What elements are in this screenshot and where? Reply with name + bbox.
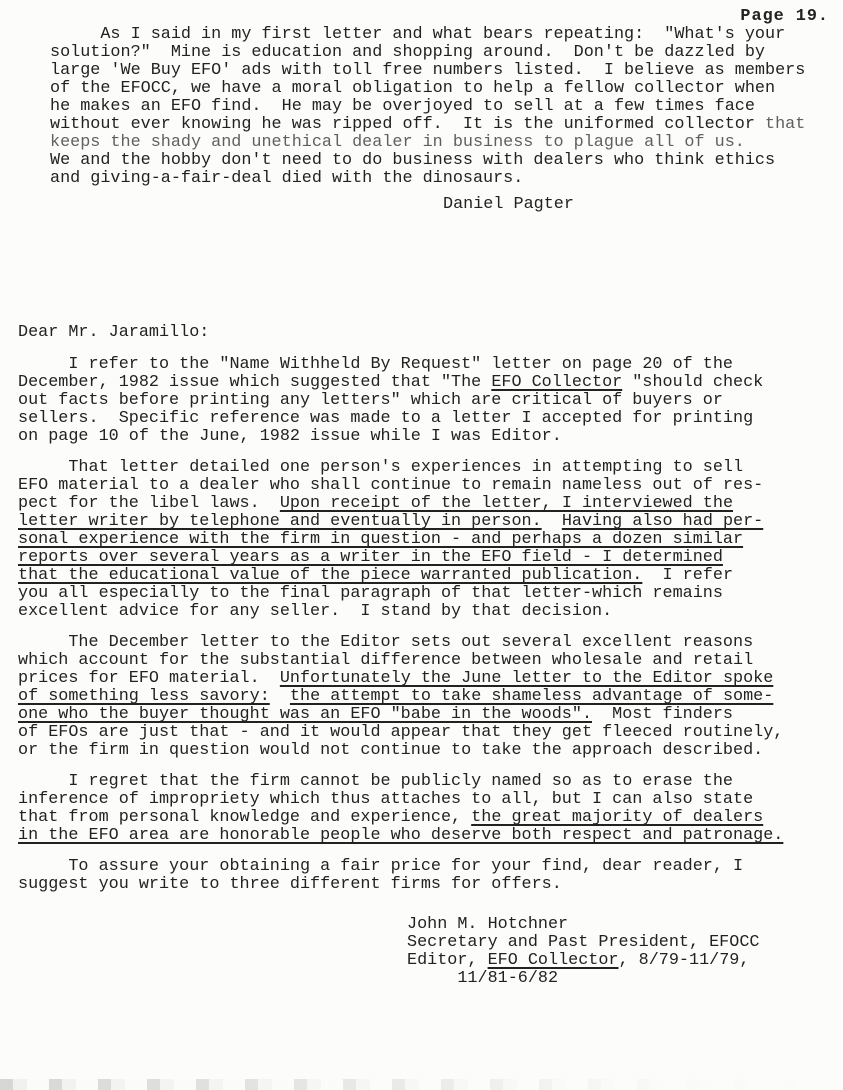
document-line: I refer to the "Name Withheld By Request… (18, 356, 837, 374)
underlined-text-segment: of something less savory: (18, 687, 270, 706)
document-line: which account for the substantial differ… (18, 652, 837, 670)
document-line: December, 1982 issue which suggested tha… (18, 374, 837, 392)
document-line: solution?" Mine is education and shoppin… (50, 44, 837, 62)
document-line: We and the hobby don't need to do busine… (50, 152, 837, 170)
underlined-text-segment: EFO Collector (491, 373, 622, 392)
underlined-text-segment: in the EFO area are honorable people who… (18, 826, 783, 845)
text-segment: or the firm in question would not contin… (18, 741, 763, 760)
document-line: Secretary and Past President, EFOCC (407, 934, 837, 952)
document-line: keeps the shady and unethical dealer in … (50, 134, 837, 152)
text-segment: To assure your obtaining a fair price fo… (18, 857, 743, 876)
text-segment: As I said in my first letter and what be… (50, 25, 785, 44)
document-line: sellers. Specific reference was made to … (18, 410, 837, 428)
text-segment: That letter detailed one person's experi… (18, 458, 743, 477)
text-segment: December, 1982 issue which suggested tha… (18, 373, 491, 392)
text-segment: inference of impropriety which thus atta… (18, 790, 753, 809)
document-line: reports over several years as a writer i… (18, 549, 837, 567)
hotchner-paragraph-4: I regret that the firm cannot be publicl… (18, 773, 837, 845)
document-line: sonal experience with the firm in questi… (18, 531, 837, 549)
document-line: without ever knowing he was ripped off. … (50, 116, 837, 134)
document-line: of EFOs are just that - and it would app… (18, 724, 837, 742)
document-line: That letter detailed one person's experi… (18, 459, 837, 477)
text-segment: We and the hobby don't need to do busine… (50, 151, 775, 170)
scan-smudge-strip (0, 1079, 843, 1090)
text-segment: that from personal knowledge and experie… (18, 808, 471, 827)
text-segment: out facts before printing any letters" w… (18, 391, 723, 410)
document-line: suggest you write to three different fir… (18, 876, 837, 894)
underlined-text-segment: Having also had per- (562, 512, 763, 531)
text-segment: he makes an EFO find. He may be overjoye… (50, 97, 755, 116)
underlined-text-segment: letter writer by telephone and eventuall… (18, 512, 542, 531)
underlined-text-segment: EFO Collector (488, 951, 619, 970)
underlined-text-segment: reports over several years as a writer i… (18, 548, 723, 567)
document-line: letter writer by telephone and eventuall… (18, 513, 837, 531)
document-line: or the firm in question would not contin… (18, 742, 837, 760)
text-segment: of EFOs are just that - and it would app… (18, 723, 783, 742)
salutation: Dear Mr. Jaramillo: (18, 324, 837, 342)
underlined-text-segment: one who the buyer thought was an EFO "ba… (18, 705, 592, 724)
underlined-text-segment: the great majority of dealers (471, 808, 763, 827)
document-line: To assure your obtaining a fair price fo… (18, 858, 837, 876)
text-segment: and giving-a-fair-deal died with the din… (50, 169, 523, 188)
text-segment: on page 10 of the June, 1982 issue while… (18, 427, 562, 446)
text-segment: 11/81-6/82 (407, 969, 558, 988)
document-line: excellent advice for any seller. I stand… (18, 603, 837, 621)
text-segment: I refer to the "Name Withheld By Request… (18, 355, 733, 374)
document-line: inference of impropriety which thus atta… (18, 791, 837, 809)
document-line: 11/81-6/82 (407, 970, 837, 988)
document-line: on page 10 of the June, 1982 issue while… (18, 428, 837, 446)
text-segment: EFO material to a dealer who shall conti… (18, 476, 763, 495)
text-segment: Most finders (592, 705, 733, 724)
text-segment: without ever knowing he was ripped off. … (50, 115, 765, 134)
underlined-text-segment: Unfortunately the June letter to the Edi… (280, 669, 773, 688)
underlined-text-segment: sonal experience with the firm in questi… (18, 530, 743, 549)
hotchner-paragraph-2: That letter detailed one person's experi… (18, 459, 837, 621)
document-line: one who the buyer thought was an EFO "ba… (18, 706, 837, 724)
page-number: Page 19. (0, 0, 843, 26)
text-segment: solution?" Mine is education and shoppin… (50, 43, 765, 62)
text-segment: of the EFOCC, we have a moral obligation… (50, 79, 775, 98)
pagter-letter-body: As I said in my first letter and what be… (50, 26, 837, 188)
text-segment: Secretary and Past President, EFOCC (407, 933, 759, 952)
text-segment: Editor, (407, 951, 488, 970)
document-line: John M. Hotchner (407, 916, 837, 934)
text-segment: which account for the substantial differ… (18, 651, 753, 670)
text-segment (270, 687, 290, 706)
text-segment: large 'We Buy EFO' ads with toll free nu… (50, 61, 805, 80)
document-line: large 'We Buy EFO' ads with toll free nu… (50, 62, 837, 80)
text-segment: I regret that the firm cannot be publicl… (18, 772, 733, 791)
scanned-document-page: { "page": { "number_label": "Page 19." }… (0, 0, 843, 1090)
text-segment: I refer (642, 566, 733, 585)
text-segment: , 8/79-11/79, (619, 951, 750, 970)
text-segment: John M. Hotchner (407, 915, 568, 934)
document-line: in the EFO area are honorable people who… (18, 827, 837, 845)
underlined-text-segment: the attempt to take shameless advantage … (290, 687, 773, 706)
document-line: of something less savory: the attempt to… (18, 688, 837, 706)
document-line: EFO material to a dealer who shall conti… (18, 477, 837, 495)
document-line: prices for EFO material. Unfortunately t… (18, 670, 837, 688)
underlined-text-segment: that the educational value of the piece … (18, 566, 642, 585)
document-line: that from personal knowledge and experie… (18, 809, 837, 827)
text-segment: pect for the libel laws. (18, 494, 280, 513)
hotchner-signature-block: John M. HotchnerSecretary and Past Presi… (407, 916, 837, 988)
document-line: out facts before printing any letters" w… (18, 392, 837, 410)
document-line: The December letter to the Editor sets o… (18, 634, 837, 652)
text-segment: excellent advice for any seller. I stand… (18, 602, 612, 621)
text-segment: prices for EFO material. (18, 669, 280, 688)
hotchner-paragraph-1: I refer to the "Name Withheld By Request… (18, 356, 837, 446)
text-segment (542, 512, 562, 531)
document-line: Editor, EFO Collector, 8/79-11/79, (407, 952, 837, 970)
pagter-signature: Daniel Pagter (443, 196, 837, 214)
document-line: he makes an EFO find. He may be overjoye… (50, 98, 837, 116)
text-segment: "should check (622, 373, 763, 392)
pagter-letter: As I said in my first letter and what be… (50, 26, 837, 214)
text-segment: you all especially to the final paragrap… (18, 584, 723, 603)
text-segment: keeps the shady and unethical dealer in … (50, 133, 745, 152)
document-line: pect for the libel laws. Upon receipt of… (18, 495, 837, 513)
document-line: of the EFOCC, we have a moral obligation… (50, 80, 837, 98)
text-segment: The December letter to the Editor sets o… (18, 633, 753, 652)
hotchner-letter: Dear Mr. Jaramillo: I refer to the "Name… (18, 324, 837, 988)
hotchner-paragraph-3: The December letter to the Editor sets o… (18, 634, 837, 760)
document-line: and giving-a-fair-deal died with the din… (50, 170, 837, 188)
document-line: you all especially to the final paragrap… (18, 585, 837, 603)
document-line: that the educational value of the piece … (18, 567, 837, 585)
document-line: As I said in my first letter and what be… (50, 26, 837, 44)
underlined-text-segment: Upon receipt of the letter, I interviewe… (280, 494, 733, 513)
text-segment: sellers. Specific reference was made to … (18, 409, 753, 428)
document-line: I regret that the firm cannot be publicl… (18, 773, 837, 791)
text-segment: that (765, 115, 805, 134)
hotchner-paragraph-5: To assure your obtaining a fair price fo… (18, 858, 837, 894)
text-segment: suggest you write to three different fir… (18, 875, 562, 894)
